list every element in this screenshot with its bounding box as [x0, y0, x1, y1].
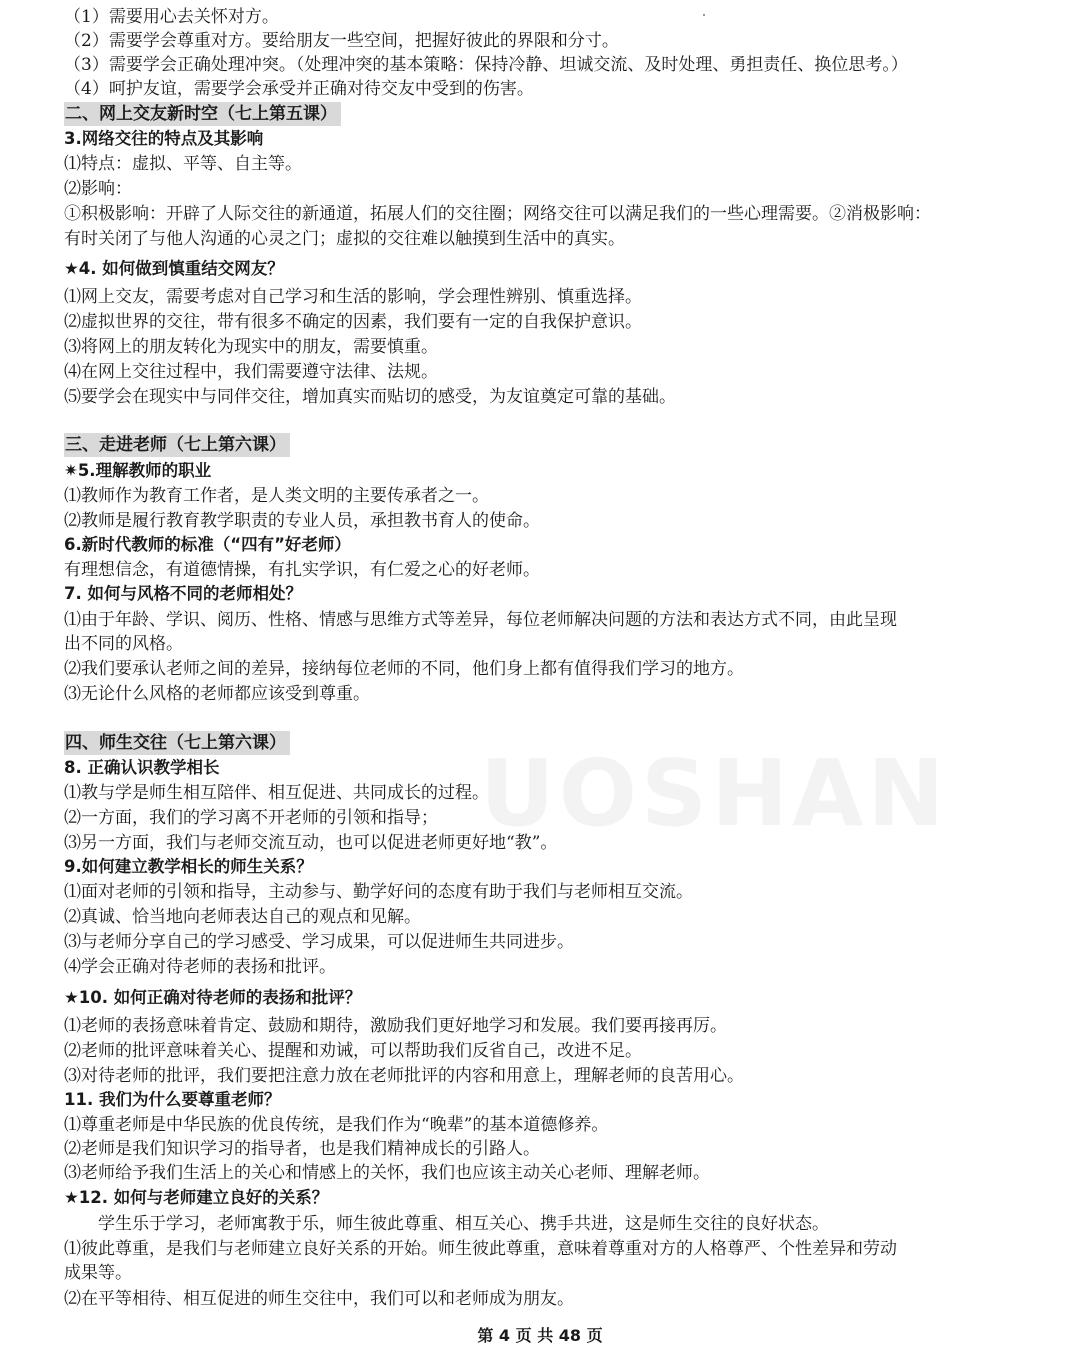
- question-heading: 11. 我们为什么要尊重老师？: [64, 1088, 280, 1112]
- list-item: ⑸要学会在现实中与同伴交往，增加真实而贴切的感受，为友谊奠定可靠的基础。: [64, 385, 1040, 409]
- question-heading: ★4. 如何做到慎重结交网友？: [64, 257, 284, 281]
- page-number: 第 4 页 共 48 页: [0, 1323, 1080, 1346]
- list-item: ⑶老师给予我们生活上的关心和情感上的关怀，我们也应该主动关心老师、理解老师。: [64, 1161, 1040, 1185]
- list-item: 有时关闭了与他人沟通的心灵之门；虚拟的交往难以触摸到生活中的真实。: [64, 227, 1040, 251]
- list-item: ⑶将网上的朋友转化为现实中的朋友，需要慎重。: [64, 335, 1040, 359]
- list-item: ⑶与老师分享自己的学习感受、学习成果，可以促进师生共同进步。: [64, 930, 1040, 954]
- list-item: ⑴网上交友，需要考虑对自己学习和生活的影响，学会理性辨别、慎重选择。: [64, 285, 1040, 309]
- list-item: ⑶另一方面，我们与老师交流互动，也可以促进老师更好地“教”。: [64, 831, 1040, 855]
- document-page: UOSHAN （1）需要用心去关怀对方。 （2）需要学会尊重对方。要给朋友一些空…: [0, 0, 1080, 1347]
- question-heading: 3.网络交往的特点及其影响: [64, 127, 263, 151]
- list-item: ⑵老师的批评意味着关心、提醒和劝诫，可以帮助我们反省自己，改进不足。: [64, 1039, 1040, 1063]
- list-item: ⑵老师是我们知识学习的指导者，也是我们精神成长的引路人。: [64, 1137, 1040, 1161]
- section-heading: 四、师生交往（七上第六课）: [64, 731, 290, 755]
- list-item: ①积极影响：开辟了人际交往的新通道，拓展人们的交往圈；网络交往可以满足我们的一些…: [64, 202, 1040, 226]
- list-item: （4）呵护友谊，需要学会承受并正确对待交友中受到的伤害。: [64, 77, 1040, 101]
- question-heading: 9.如何建立教学相长的师生关系？: [64, 855, 313, 879]
- list-item: 有理想信念，有道德情操，有扎实学识，有仁爱之心的好老师。: [64, 558, 1040, 582]
- list-item: ⑵我们要承认老师之间的差异，接纳每位老师的不同，他们身上都有值得我们学习的地方。: [64, 657, 1040, 681]
- list-item: ⑴由于年龄、学识、阅历、性格、情感与思维方式等差异，每位老师解决问题的方法和表达…: [64, 608, 1040, 632]
- list-item: ⑵一方面，我们的学习离不开老师的引领和指导；: [64, 806, 1040, 830]
- list-item: ⑴教师作为教育工作者，是人类文明的主要传承者之一。: [64, 484, 1040, 508]
- question-heading: ★10. 如何正确对待老师的表扬和批评？: [64, 986, 361, 1010]
- list-item: ⑴面对老师的引领和指导，主动参与、勤学好问的态度有助于我们与老师相互交流。: [64, 880, 1040, 904]
- list-item: 出不同的风格。: [64, 632, 1040, 656]
- paragraph: 学生乐于学习，老师寓教于乐，师生彼此尊重、相互关心、携手共进，这是师生交往的良好…: [64, 1212, 1040, 1236]
- list-item: ⑵在平等相待、相互促进的师生交往中，我们可以和老师成为朋友。: [64, 1287, 1040, 1311]
- list-item: ⑵虚拟世界的交往，带有很多不确定的因素，我们要有一定的自我保护意识。: [64, 310, 1040, 334]
- list-item: ⑴教与学是师生相互陪伴、相互促进、共同成长的过程。: [64, 781, 1040, 805]
- list-item: ⑴老师的表扬意味着肯定、鼓励和期待，激励我们更好地学习和发展。我们要再接再厉。: [64, 1014, 1040, 1038]
- list-item: ⑵教师是履行教育教学职责的专业人员，承担教书育人的使命。: [64, 509, 1040, 533]
- list-item: ⑶无论什么风格的老师都应该受到尊重。: [64, 682, 1040, 706]
- list-item: ⑴尊重老师是中华民族的优良传统，是我们作为“晚辈”的基本道德修养。: [64, 1113, 1040, 1137]
- list-item: ⑵真诚、恰当地向老师表达自己的观点和见解。: [64, 905, 1040, 929]
- list-item: 成果等。: [64, 1261, 1040, 1285]
- list-item: ⑴特点：虚拟、平等、自主等。: [64, 152, 1040, 176]
- question-heading: 6.新时代教师的标准（“四有”好老师）: [64, 533, 351, 557]
- list-item: ⑵影响：: [64, 177, 1040, 201]
- list-item: （3）需要学会正确处理冲突。（处理冲突的基本策略：保持冷静、坦诚交流、及时处理、…: [64, 53, 1040, 77]
- list-item: ⑷学会正确对待老师的表扬和批评。: [64, 955, 1040, 979]
- question-heading: 7. 如何与风格不同的老师相处？: [64, 582, 302, 606]
- section-heading: 二、网上交友新时空（七上第五课）: [64, 102, 341, 126]
- list-item: ⑴彼此尊重，是我们与老师建立良好关系的开始。师生彼此尊重，意味着尊重对方的人格尊…: [64, 1237, 1040, 1261]
- list-item: ⑷在网上交往过程中，我们需要遵守法律、法规。: [64, 360, 1040, 384]
- list-item: （2）需要学会尊重对方。要给朋友一些空间，把握好彼此的界限和分寸。: [64, 29, 1040, 53]
- section-heading: 三、走进老师（七上第六课）: [64, 433, 290, 457]
- question-heading: 8. 正确认识教学相长: [64, 756, 220, 780]
- list-item: （1）需要用心去关怀对方。: [64, 5, 1040, 29]
- question-heading: ★12. 如何与老师建立良好的关系？: [64, 1186, 328, 1210]
- question-heading: ✷5.理解教师的职业: [64, 459, 211, 483]
- list-item: ⑶对待老师的批评，我们要把注意力放在老师批评的内容和用意上，理解老师的良苦用心。: [64, 1064, 1040, 1088]
